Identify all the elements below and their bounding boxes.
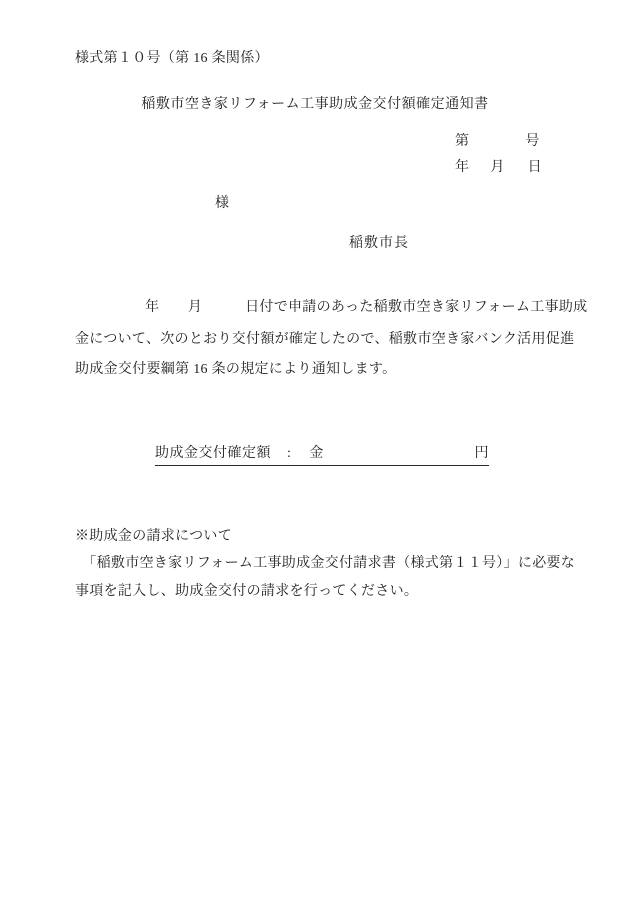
body-paragraph-line-1: 年 月 日付で申請のあった稲敷市空き家リフォーム工事助成: [145, 299, 587, 316]
form-number-line: 様式第１０号（第 16 条関係）: [75, 50, 269, 67]
document-page: 様式第１０号（第 16 条関係） 稲敷市空き家リフォーム工事助成金交付額確定通知…: [0, 0, 630, 903]
note-line-2: 事項を記入し、助成金交付の請求を行ってください。: [75, 583, 418, 600]
date-line: 年月日: [455, 159, 542, 176]
amount-currency-suffix: 円: [475, 445, 490, 462]
addressee-honorific: 様: [215, 195, 229, 212]
body-paragraph-line-3: 助成金交付要綱第 16 条の規定により通知します。: [75, 361, 396, 378]
amount-currency-prefix: 金: [309, 445, 324, 462]
document-title: 稲敷市空き家リフォーム工事助成金交付額確定通知書: [0, 96, 630, 113]
amount-colon: :: [287, 445, 291, 462]
amount-line: 助成金交付確定額:金円: [155, 445, 489, 466]
doc-number-prefix: 第: [455, 134, 469, 149]
doc-number-suffix: 号: [525, 134, 539, 149]
amount-label: 助成金交付確定額: [155, 445, 271, 462]
document-number-line: 第号: [455, 133, 540, 150]
date-month-label: 月: [490, 160, 504, 175]
sender-title: 稲敷市長: [349, 235, 409, 252]
body-paragraph-line-2: 金について、次のとおり交付額が確定したので、稲敷市空き家バンク活用促進: [75, 331, 574, 348]
note-heading: ※助成金の請求について: [75, 528, 232, 545]
note-line-1: 「稲敷市空き家リフォーム工事助成金交付請求書（様式第１１号）」に必要な: [75, 555, 575, 572]
date-year-label: 年: [455, 160, 469, 175]
date-day-label: 日: [528, 160, 542, 175]
